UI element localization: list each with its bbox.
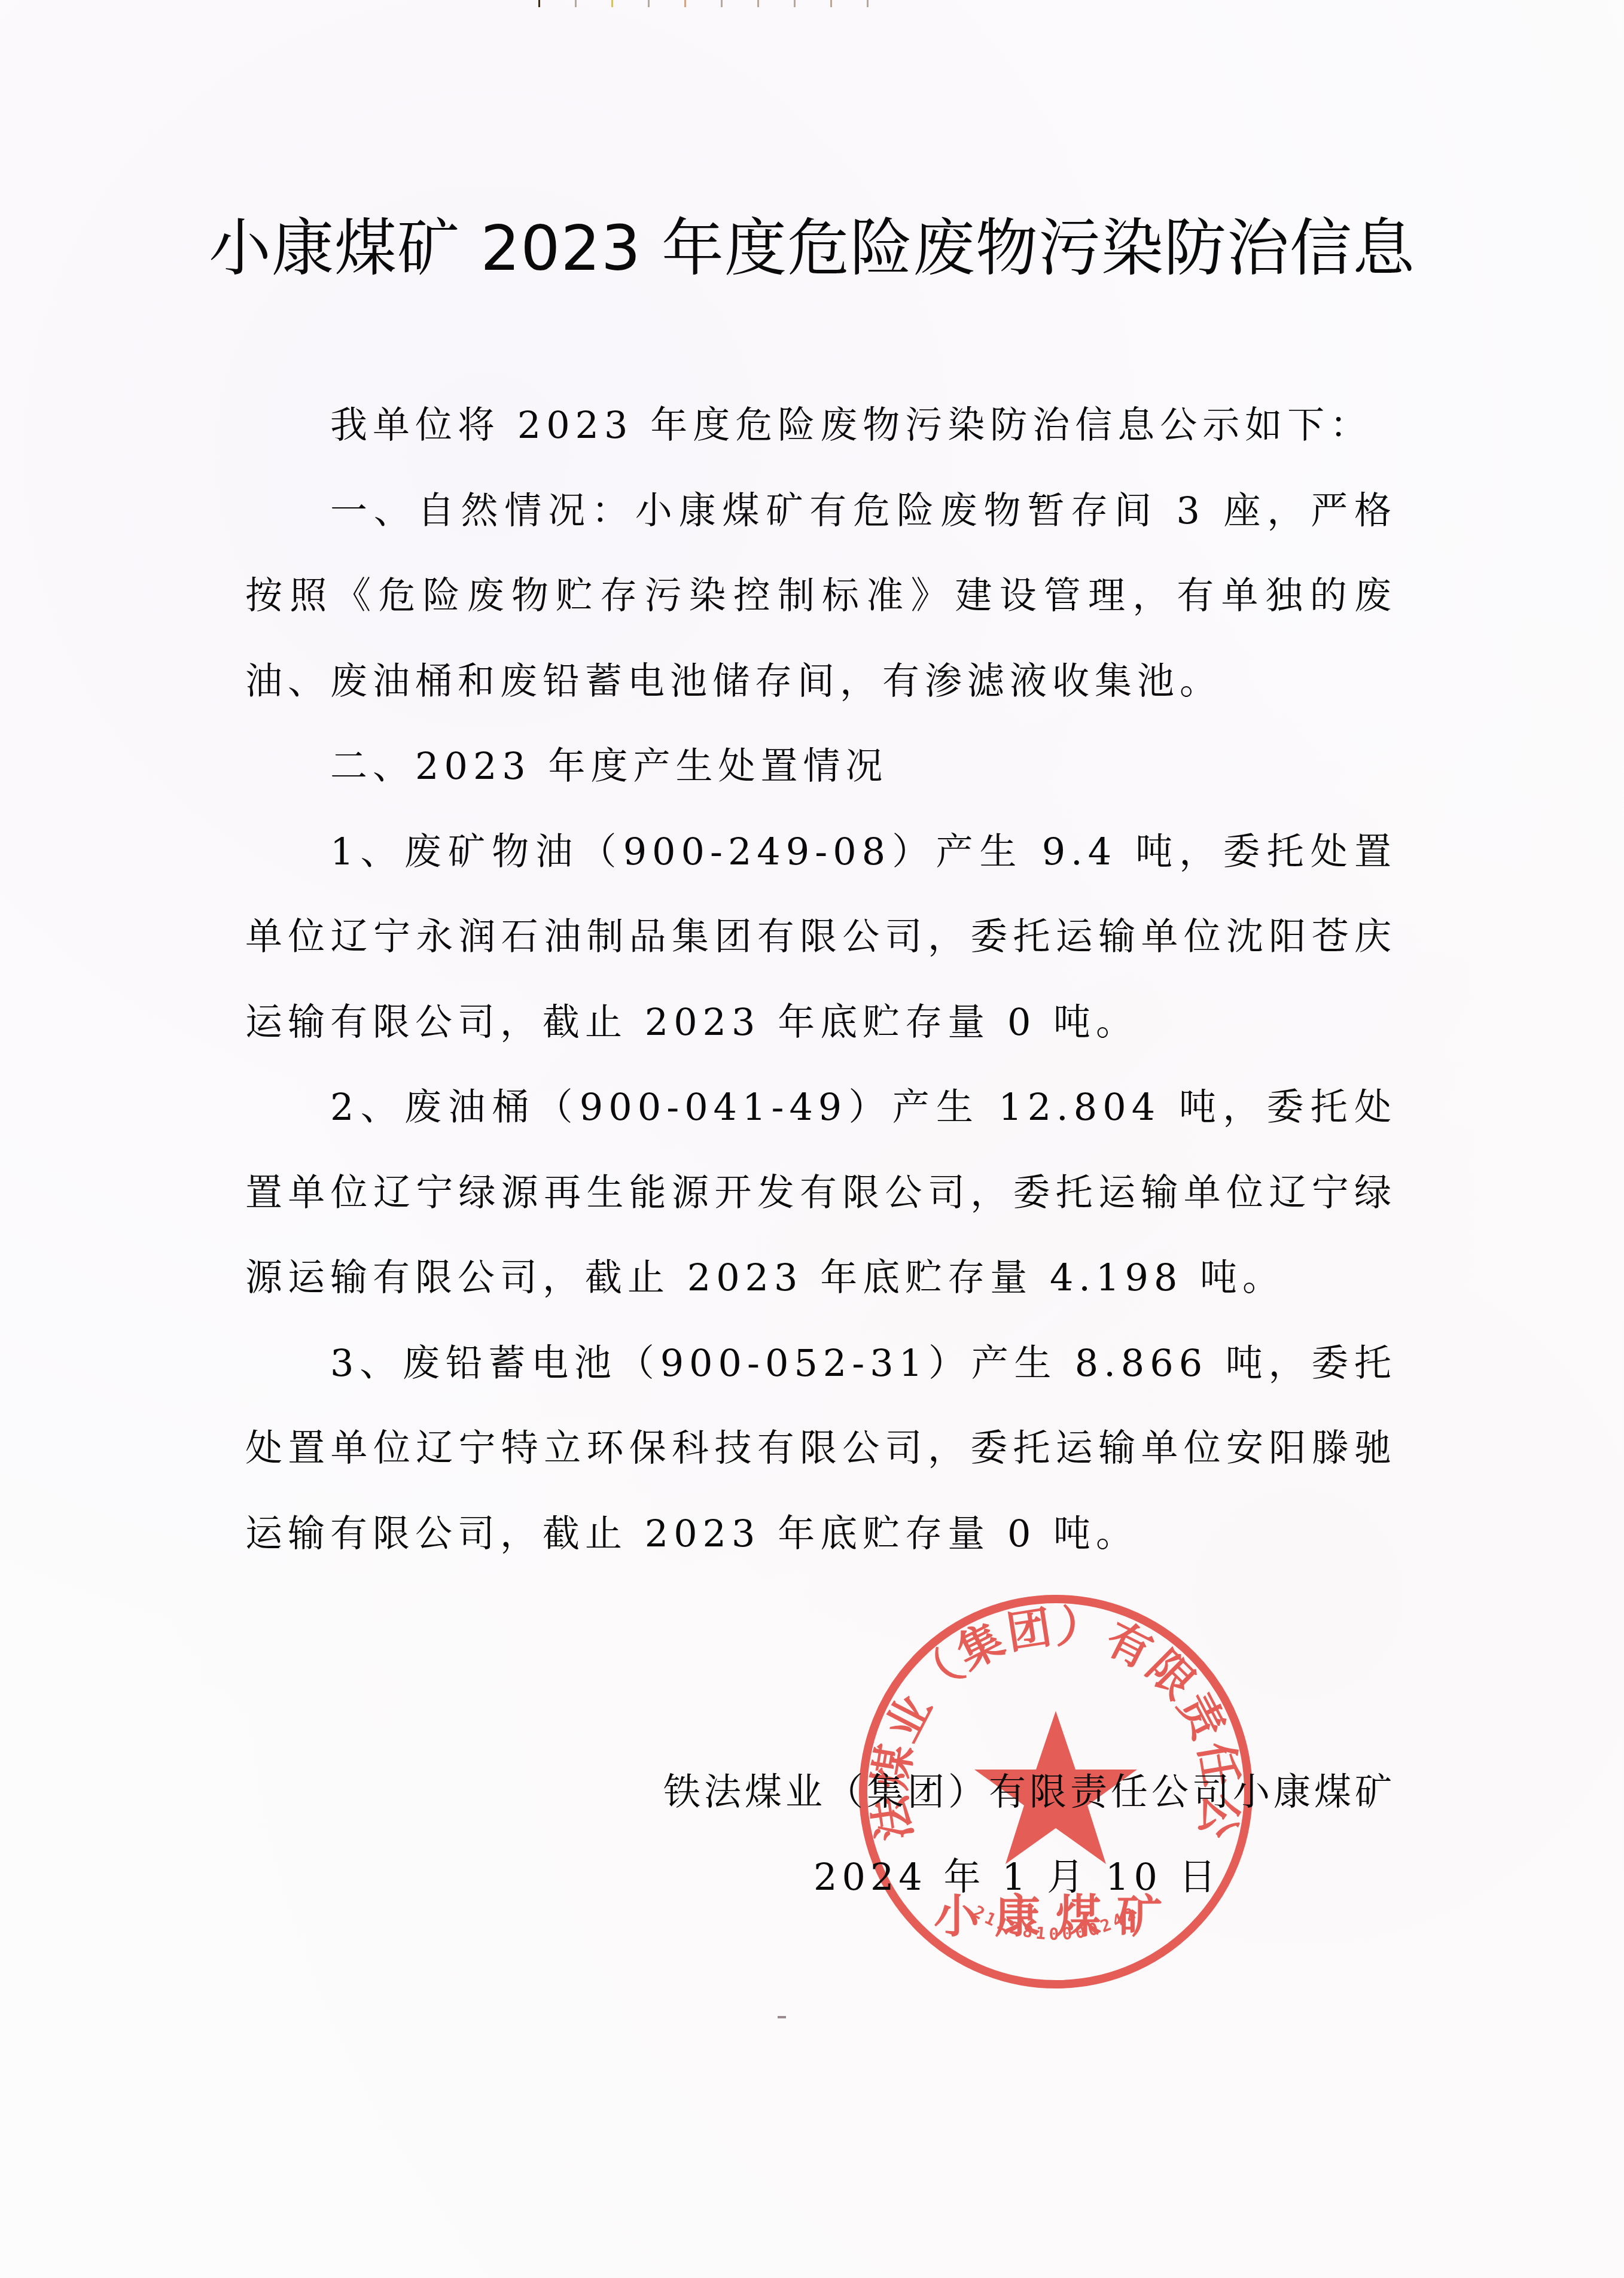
document-title: 小康煤矿 2023 年度危险废物污染防治信息 xyxy=(0,206,1624,290)
waste-item-1: 1、废矿物油（900-249-08）产生 9.4 吨，委托处置单位辽宁永润石油制… xyxy=(245,809,1397,1065)
intro-paragraph: 我单位将 2023 年度危险废物污染防治信息公示如下： xyxy=(245,383,1397,468)
document-body: 我单位将 2023 年度危险废物污染防治信息公示如下： 一、自然情况：小康煤矿有… xyxy=(245,383,1397,1576)
section-1-natural-conditions: 一、自然情况：小康煤矿有危险废物暂存间 3 座，严格按照《危险废物贮存污染控制标… xyxy=(245,468,1397,724)
scan-edge-marks xyxy=(538,0,909,7)
section-2-heading: 二、2023 年度产生处置情况 xyxy=(245,724,1397,809)
waste-item-3: 3、废铅蓄电池（900-052-31）产生 8.866 吨，委托处置单位辽宁特立… xyxy=(245,1321,1397,1577)
scan-artifact-mark xyxy=(778,2016,786,2018)
signature-organization: 铁法煤业（集团）有限责任公司小康煤矿 xyxy=(663,1750,1396,1835)
waste-item-2: 2、废油桶（900-041-49）产生 12.804 吨，委托处置单位辽宁绿源再… xyxy=(245,1065,1397,1321)
document-page: 小康煤矿 2023 年度危险废物污染防治信息 我单位将 2023 年度危险废物污… xyxy=(0,0,1624,2278)
signature-date: 2024 年 1 月 10 日 xyxy=(813,1835,1221,1920)
